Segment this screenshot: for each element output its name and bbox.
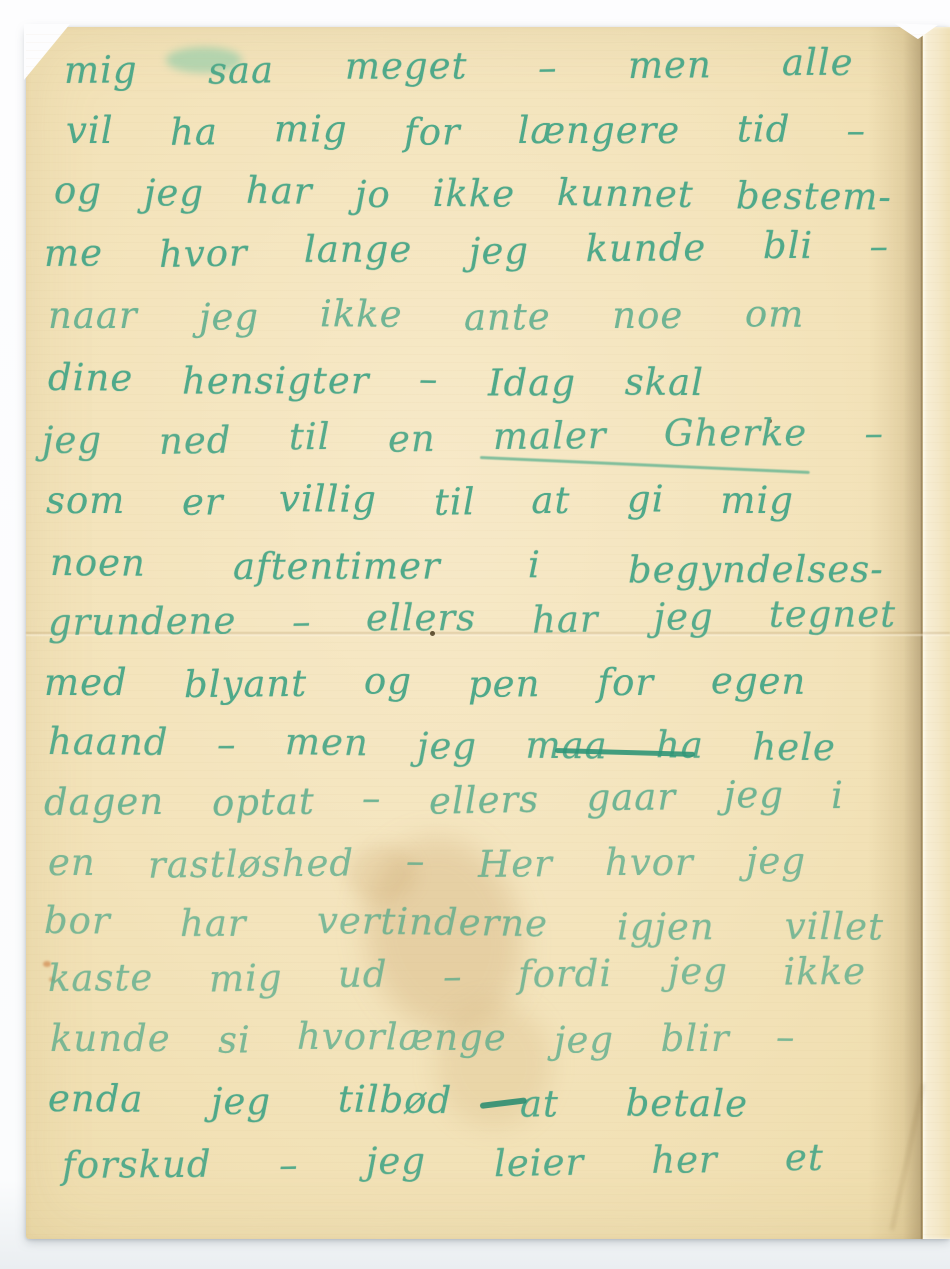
handwritten-line-10: grundene–ellersharjegtegnet	[48, 590, 896, 649]
handwritten-line-18: endajegtilbødatbetale	[48, 1073, 748, 1130]
handwritten-line-9: noenaftentimeribegyndelses-	[50, 537, 884, 596]
handwritten-line-15: borharvertinderneigjenvillet	[44, 895, 884, 954]
handwritten-line-11: medblyantogpenforegen	[44, 657, 806, 709]
letter-page: migsaameget–menalle vilhamigforlængereti…	[26, 27, 950, 1239]
scan-background: migsaameget–menalle vilhamigforlængereti…	[0, 0, 950, 1269]
handwritten-line-6: dinehensigter–Idagskal	[48, 352, 704, 409]
handwritten-line-3: ogjegharjoikkekunnetbestem-	[54, 165, 892, 224]
handwritten-line-8: somervilligtilatgimig	[46, 475, 794, 527]
handwritten-line-19: forskud–jegleierheret	[62, 1133, 824, 1192]
handwritten-line-1: migsaameget–menalle	[64, 38, 854, 97]
handwritten-line-17: kundesihvorlængejegblir–	[50, 1013, 796, 1065]
handwritten-line-12: haand–menjegmaahahele	[48, 716, 836, 774]
handwritten-line-16: kastemigud–fordijegikke	[48, 946, 866, 1005]
handwritten-line-2: vilhamigforlængeretid–	[66, 105, 866, 157]
handwritten-line-13: dagenoptat–ellersgaarjegi	[44, 770, 844, 829]
handwritten-line-14: enrastløshed–Herhvorjeg	[48, 837, 806, 889]
handwritten-text-block: migsaameget–menalle vilhamigforlængereti…	[26, 27, 950, 1239]
handwritten-line-7: jegnedtilenmalerGherke–	[42, 408, 884, 467]
handwritten-line-5: naarjegikkeantenoeom	[48, 290, 804, 342]
handwritten-line-4: mehvorlangejegkundebli–	[44, 221, 889, 280]
